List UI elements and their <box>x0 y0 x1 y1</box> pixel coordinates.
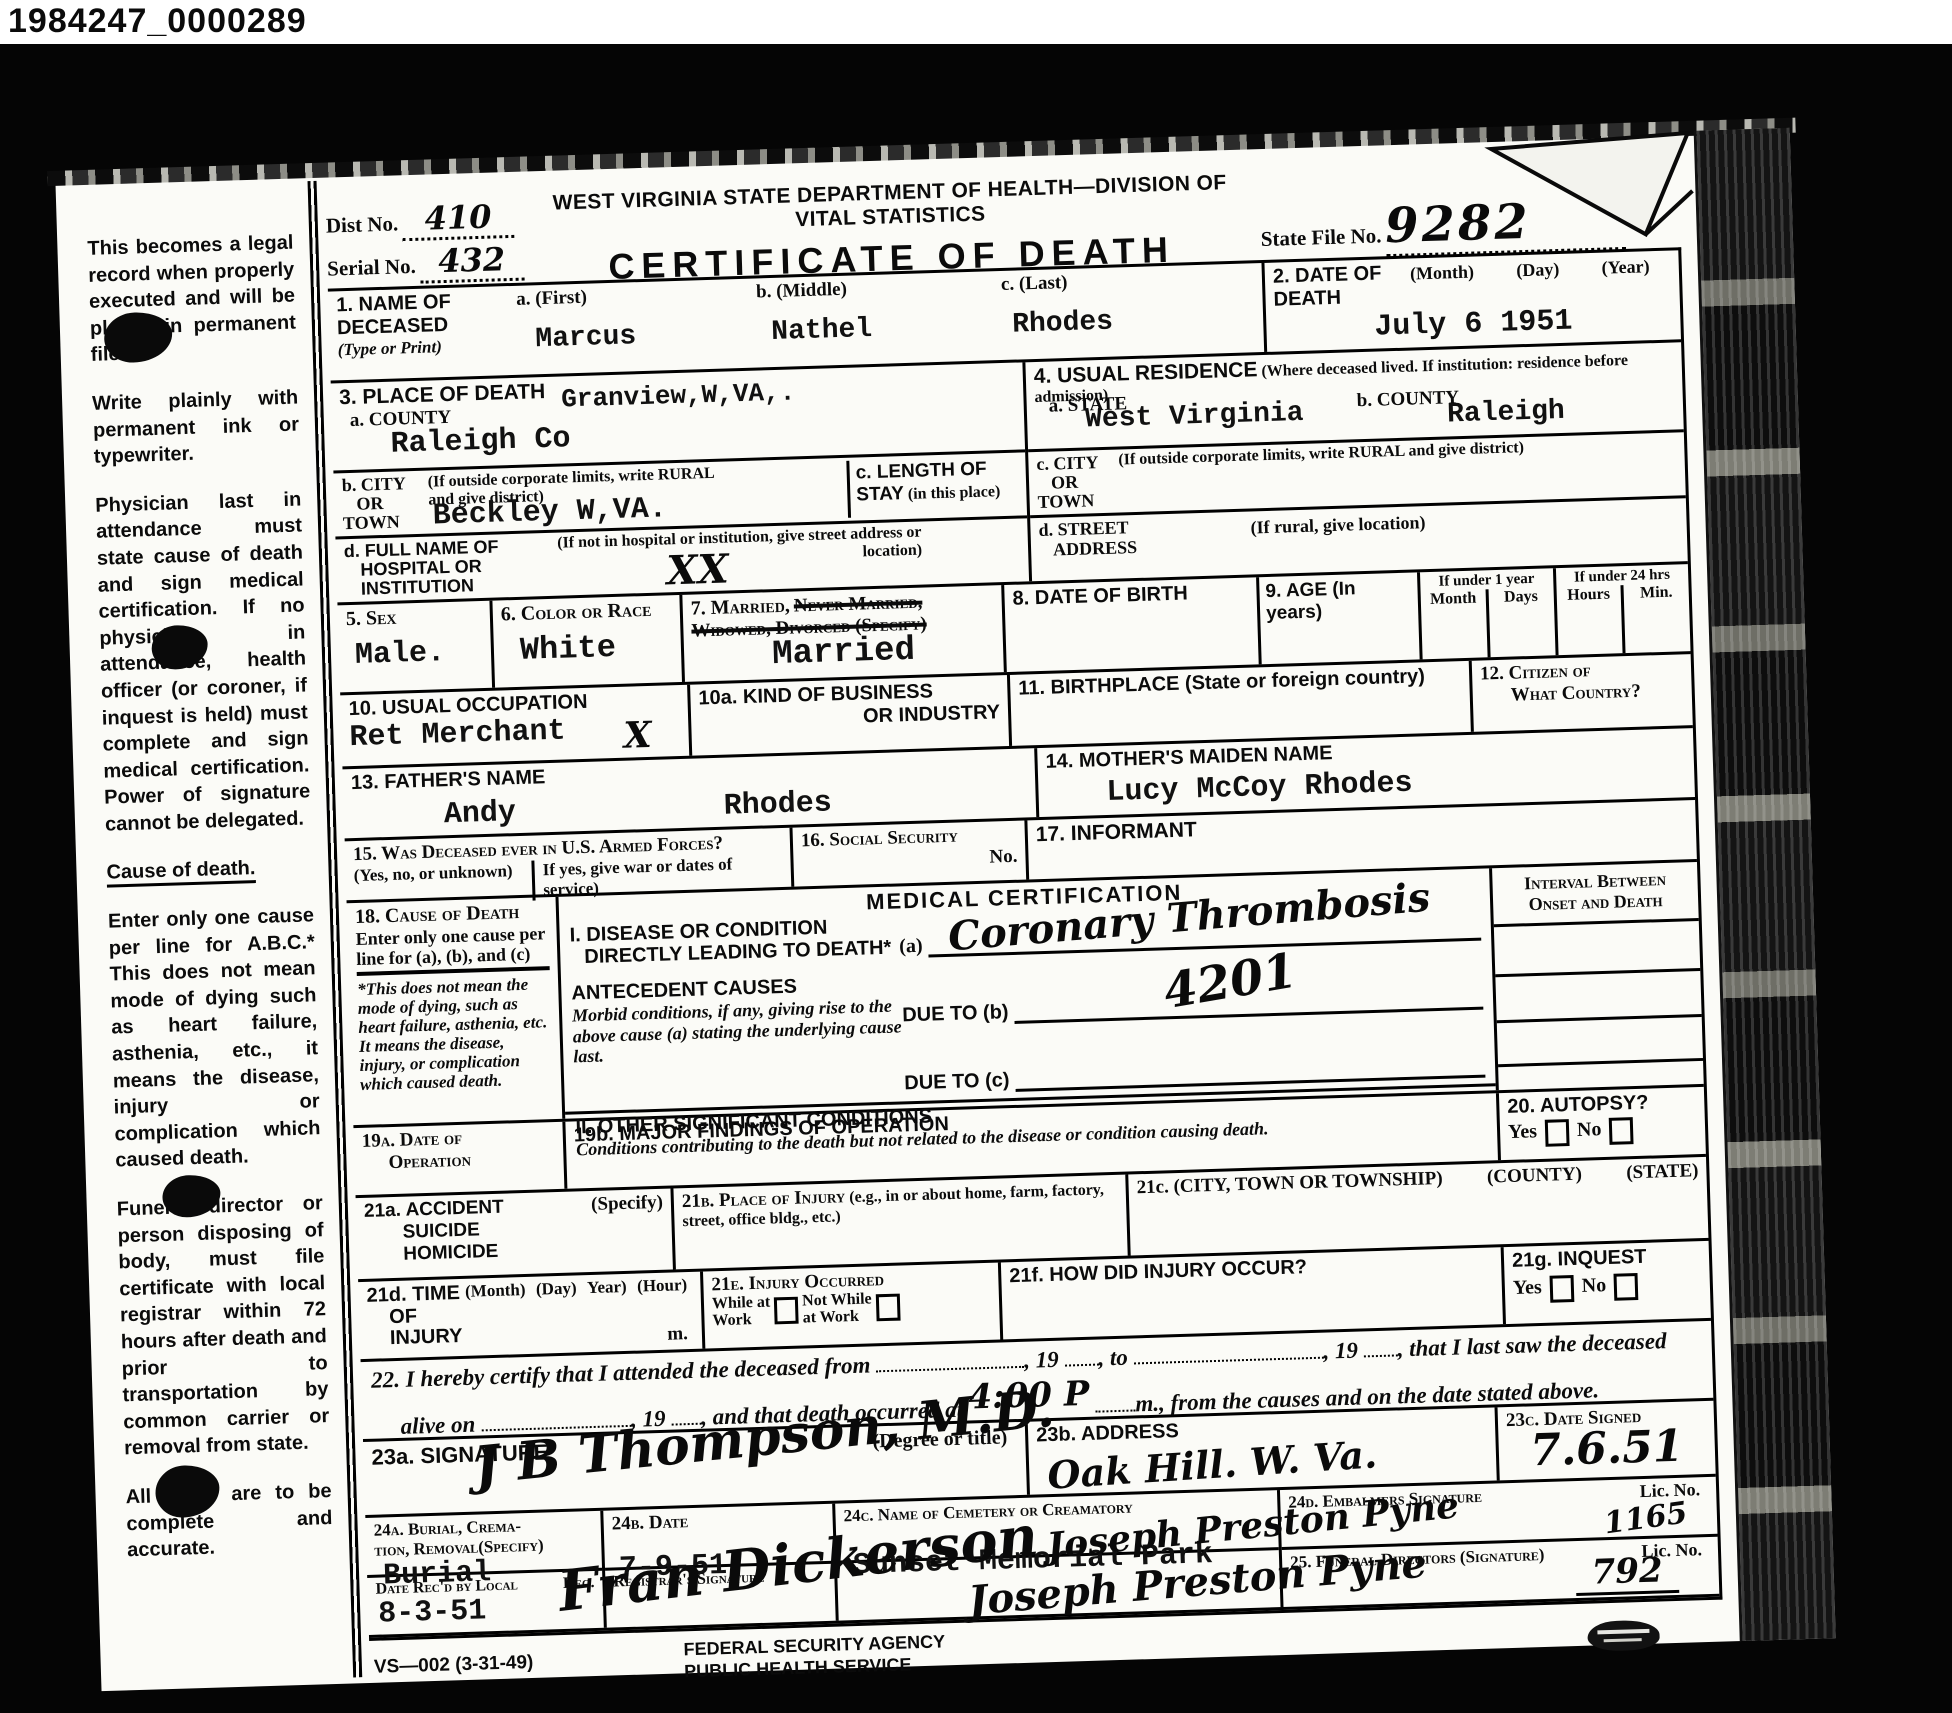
accident-label: 21a. ACCIDENT SUICIDE HOMICIDE <box>364 1194 593 1266</box>
instruction-paragraph: Enter only one cause per line for A.B.C.… <box>108 902 322 1174</box>
serial-no-label: Serial No. <box>327 254 416 281</box>
form-number: VS—002 (3-31-49) <box>373 1639 684 1678</box>
serial-no-value: 432 <box>438 240 506 280</box>
cause-instruction: Enter only one cause per line for (a), (… <box>355 923 549 976</box>
residence-state-value: West Virginia <box>1085 398 1304 436</box>
residence-county-label: b. COUNTY <box>1356 387 1459 412</box>
last-name-value: Rhodes <box>1012 302 1256 340</box>
injury-hour-label: (Hour) <box>637 1275 688 1300</box>
father-first-value: Andy <box>443 796 516 832</box>
serial-no-field: Serial No. 432 <box>326 240 522 287</box>
date-of-operation-label: 19a. Date of Operation <box>362 1125 556 1175</box>
interval-label: Interval Between Onset and Death <box>1500 868 1690 916</box>
race-label: 6. Color or Race <box>501 598 673 626</box>
scanned-page: 1984247_0000289 This becomes a legal rec… <box>0 0 1952 1713</box>
certificate-table: 1. NAME OF DECEASED (Type or Print) a. (… <box>328 247 1723 1641</box>
injury-month-label: (Month) <box>465 1280 526 1305</box>
race-value: White <box>519 627 673 669</box>
interval-line <box>1495 968 1700 977</box>
burial-type-value: Burial <box>383 1556 492 1593</box>
married-label: 7. Married, <box>690 595 790 620</box>
inquest-no-checkbox <box>1614 1273 1639 1301</box>
injury-state-label: (STATE) <box>1626 1160 1699 1184</box>
inquest-yes-checkbox <box>1549 1275 1574 1303</box>
first-name-label: a. (First) <box>516 282 741 311</box>
certificate-form: Dist No. 410 Serial No. 432 WEST VIRGINI… <box>317 139 1736 1677</box>
medical-certification-row: 18. Cause of Death Enter only one cause … <box>347 862 1704 1128</box>
while-at-work-checkbox <box>774 1297 799 1325</box>
age-label: 9. AGE (In years) <box>1259 572 1420 664</box>
length-of-stay-label: c. LENGTH OF <box>855 459 986 484</box>
director-lic-value: 792 <box>1575 1550 1679 1596</box>
instruction-paragraph: Funeral director or person disposing of … <box>116 1190 330 1462</box>
county-value: Raleigh Co <box>390 422 571 461</box>
married-value: Married <box>772 632 916 674</box>
injury-county-label: (COUNTY) <box>1487 1164 1583 1189</box>
injury-day-label: (Day) <box>536 1278 577 1302</box>
injury-m-label: m. <box>667 1323 688 1346</box>
dod-year-label: (Year) <box>1601 256 1650 301</box>
autopsy-yes-label: Yes <box>1508 1120 1538 1143</box>
morbid-note: Morbid conditions, if any, giving rise t… <box>572 995 905 1105</box>
dod-day-label: (Day) <box>1516 259 1560 304</box>
dod-month-label: (Month) <box>1410 262 1475 308</box>
autopsy-label: 20. AUTOPSY? <box>1507 1090 1697 1119</box>
city-value: Beckley W,VA. <box>432 493 667 534</box>
age-hours-label: Hours <box>1556 585 1623 655</box>
usual-residence-label: 4. USUAL RESIDENCE <box>1033 358 1257 388</box>
due-to-c-label: DUE TO (c) <box>904 1069 1010 1095</box>
age-min-label: Min. <box>1621 583 1691 653</box>
interval-line <box>1498 1058 1703 1067</box>
dist-no-value: 410 <box>424 198 492 238</box>
interval-line <box>1497 1014 1702 1023</box>
autopsy-no-label: No <box>1577 1118 1602 1141</box>
length-of-stay-note: (in this place) <box>908 484 1001 504</box>
not-while-at-work-checkbox <box>875 1294 900 1322</box>
injury-year-label: Year) <box>587 1277 627 1301</box>
injury-city-label: 21c. (CITY, TOWN OR TOWNSHIP) <box>1136 1168 1443 1199</box>
father-last-value: Rhodes <box>723 786 832 823</box>
age-month-label: Month <box>1421 589 1488 659</box>
dist-no-field: Dist No. 410 <box>325 197 521 244</box>
death-certificate: This becomes a legal record when properl… <box>55 124 1835 1691</box>
sex-label: 5. Sex <box>346 604 483 631</box>
state-file-label: State File No. <box>1260 223 1381 251</box>
name-sublabel: (Type or Print) <box>337 335 502 360</box>
residence-county-value: Raleigh <box>1447 396 1566 431</box>
last-name-label: c. (Last) <box>1001 266 1255 296</box>
first-name-value: Marcus <box>535 318 742 355</box>
autopsy-yes-checkbox <box>1545 1119 1570 1147</box>
scan-id: 1984247_0000289 <box>0 0 1952 41</box>
stamp-mark <box>1587 1620 1660 1652</box>
autopsy-no-checkbox <box>1609 1117 1634 1145</box>
dob-label: 8. DATE OF BIRTH <box>1012 581 1249 611</box>
name-label: 1. NAME OF DECEASED <box>336 290 487 341</box>
dod-label: 2. DATE OF DEATH <box>1273 262 1390 312</box>
instruction-paragraph: Physician last in attendance must state … <box>95 486 311 838</box>
hospital-value: XX <box>666 546 729 595</box>
cause-of-death-heading: Cause of death. <box>106 854 313 887</box>
cause-b-value: 4201 <box>1160 942 1301 1020</box>
age-subgrid: If under 1 year Month Days If under 24 h… <box>1417 564 1691 659</box>
dist-no-label: Dist No. <box>326 211 399 237</box>
cause-a-tag: (a) <box>899 935 923 959</box>
occupation-value: Ret Merchant <box>349 715 566 756</box>
due-to-b-label: DUE TO (b) <box>902 1001 1009 1027</box>
inquest-yes-label: Yes <box>1513 1276 1543 1299</box>
sex-value: Male. <box>355 635 484 673</box>
instruction-paragraph: Write plainly with permanent ink or type… <box>92 385 300 471</box>
inquest-no-label: No <box>1581 1274 1606 1297</box>
filename-strip: 1984247_0000289 <box>0 0 1952 44</box>
interval-line <box>1494 918 1699 927</box>
middle-name-label: b. (Middle) <box>756 275 986 304</box>
specify-label: (Specify) <box>591 1192 665 1260</box>
inquest-label: 21g. INQUEST <box>1512 1244 1702 1273</box>
date-signed-value: 7.6.51 <box>1506 1420 1707 1477</box>
date-received-value: 8-3-51 <box>378 1594 487 1631</box>
middle-name-value: Nathel <box>771 310 987 348</box>
burial-type-label: 24a. Burial, Crema- tion, Removal(Specif… <box>373 1514 593 1560</box>
place-residence-row: 3. PLACE OF DEATH a. COUNTY Granview,W,V… <box>331 342 1688 605</box>
certify-text: 22. I hereby certify that I attended the… <box>371 1353 871 1393</box>
cause-note: *This does not mean the mode of dying, s… <box>357 974 553 1094</box>
time-of-injury-label: 21d. TIME <box>366 1282 460 1308</box>
while-at-work-label: While at <box>712 1295 771 1314</box>
margin-instructions: This becomes a legal record when properl… <box>56 181 354 1685</box>
occupation-mark: X <box>623 714 652 757</box>
married-struck-options: Never Married, <box>794 592 923 617</box>
state-file-value: 9282 <box>1384 194 1531 254</box>
age-days-label: Days <box>1485 587 1555 657</box>
